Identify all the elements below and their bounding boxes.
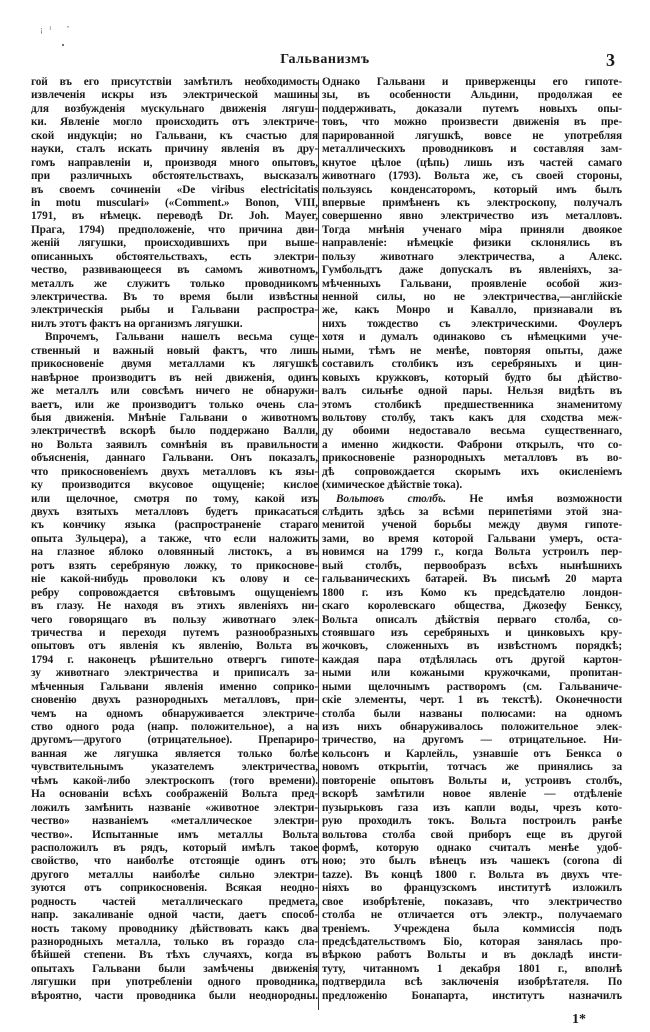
text-line: чество» названіемъ «металлическое электр… (31, 815, 318, 828)
scan-artifact-dot (62, 44, 64, 46)
text-line: мѣченныхъ Гальвани, проявленіе особой жи… (322, 278, 622, 291)
text-line: ніяхъ во французскомъ институтѣ изложилъ (322, 882, 622, 895)
text-line: ными, тѣмъ не менѣе, повторяя опыты, даж… (322, 345, 622, 358)
text-line: сновенію двухъ разнородныхъ металловъ, п… (31, 694, 318, 707)
text-line: въ своемъ сочиненіи «De viribus electric… (31, 184, 318, 197)
text-line: электрическія рыбы и Гальвани распростра… (31, 304, 318, 317)
text-line: опыта Зульцера), а также, что если налож… (31, 533, 318, 546)
text-line: женій лягушки, происходившихъ при выше- (31, 237, 318, 250)
text-line: ребру сопровождается свѣтовымъ ощущеніем… (31, 587, 318, 600)
text-line: ванная же лягушка является только болѣе (31, 748, 318, 761)
text-line: изъ нихъ обнаруживалось положительное эл… (322, 721, 622, 734)
text-line: навѣрное производитъ въ ней движенія, од… (31, 372, 318, 385)
text-line: чувствительнымъ указателемъ электричеств… (31, 761, 318, 774)
text-line: повтореніе опытовъ Вольты и, устроивъ ст… (322, 775, 622, 788)
text-line: зами, во время которой Гальвани умеръ, о… (322, 533, 622, 546)
text-line: ку производится вкусовое ощущеніе; кисло… (31, 479, 318, 492)
text-line: этомъ столбикѣ предшественника знаменито… (322, 399, 622, 412)
text-line: или щелочное, смотря по тому, какой изъ (31, 493, 318, 506)
text-line: ковыхъ кружковъ, который будто бы дѣйств… (322, 372, 622, 385)
text-line: бѣйшей степени. Въ тѣхъ случаяхъ, когда … (31, 949, 318, 962)
text-line: слѣдить здѣсь за всѣми перипетіями этой … (322, 506, 622, 519)
text-line: Впрочемъ, Гальвани нашелъ весьма суще- (31, 331, 318, 344)
text-line: тричества и переходя путемъ разнообразны… (31, 627, 318, 640)
text-line: нилъ этотъ фактъ на организмъ лягушки. (31, 318, 318, 331)
text-line: пузырьковъ газа изъ капли воды, чрезъ ко… (322, 802, 622, 815)
text-line: ской индукціи; но Гальвани, къ счастью д… (31, 130, 318, 143)
text-line: валъ сильнѣе одной пары. Нельзя видѣть в… (322, 385, 622, 398)
text-line: разнородныхъ металла, только въ гораздо … (31, 936, 318, 949)
text-line: Вольтовъ столбъ. Не имѣя возможности (322, 493, 622, 506)
text-line: напр. закаливаніе одной части, даетъ спо… (31, 909, 318, 922)
text-line: электричествѣ вскорѣ было поддержано Вал… (31, 425, 318, 438)
text-line: быя движенія. Мнѣніе Гальвани о животном… (31, 412, 318, 425)
text-line: ду обоими недоставало весьма существенна… (322, 425, 622, 438)
text-line: къ кончику языка (распространеніе стараг… (31, 519, 318, 532)
text-line: ніе какой-нибудь проволоки къ олову и се… (31, 573, 318, 586)
text-line: прикосновеніе разнородныхъ металловъ въ … (322, 452, 622, 465)
text-line: родность частей металлическаго предмета, (31, 896, 318, 909)
text-line: предложенію Бонапарта, институтъ назначи… (322, 990, 622, 1003)
text-line: ки. Явленіе могло происходить отъ электр… (31, 116, 318, 129)
column-divider-rule (318, 80, 319, 1010)
text-line: новомъ открытіи, тотчасъ же принялись за (322, 761, 622, 774)
text-line: подтвердила всѣ заключенія изобрѣтателя.… (322, 976, 622, 989)
text-line: ными щелочнымъ растворомъ (см. Гальванич… (322, 681, 622, 694)
text-line: свое изобрѣтеніе, показавъ, что электрич… (322, 896, 622, 909)
text-line: чемъ на одномъ обнаруживается электриче- (31, 708, 318, 721)
text-line: вскорѣ замѣтили новое явленіе — отдѣлені… (322, 788, 622, 801)
text-line: Однако Гальвани и приверженцы его гипоте… (322, 76, 622, 89)
text-line: электричества. Въ то время были извѣстны (31, 291, 318, 304)
text-line: Тогда мнѣнія ученаго міра приняли двояко… (322, 224, 622, 237)
text-line: гальваническихъ батарей. Въ письмѣ 20 ма… (322, 573, 622, 586)
right-text-column: Однако Гальвани и приверженцы его гипоте… (322, 76, 622, 1003)
text-line: 1794 г. наконецъ рѣшительно отвергъ гипо… (31, 654, 318, 667)
text-line: новимся на 1799 г., когда Вольта устроил… (322, 546, 622, 559)
text-line: предсѣдательствомъ Біо, которая занялась… (322, 936, 622, 949)
text-line: вольтова столба свой приборъ еще въ друг… (322, 829, 622, 842)
text-line: металлъ же служитъ только проводникомъ (31, 278, 318, 291)
text-line: на глазное яблоко оловянный листокъ, а в… (31, 546, 318, 559)
text-line: треніемъ. Учреждена была коммиссія подъ (322, 923, 622, 936)
text-line: дѣ сопровождается скорымъ ихъ окисленіем… (322, 466, 622, 479)
text-line: впервые примѣненъ къ электроскопу, получ… (322, 197, 622, 210)
section-heading-voltaic-pile: Вольтовъ столбъ. (336, 493, 446, 505)
text-line: формѣ, которую однако считалъ менѣе удоб… (322, 842, 622, 855)
text-line: стоявшаго изъ серебряныхъ и цинковыхъ кр… (322, 627, 622, 640)
text-line: парированной лягушкѣ, вовсе не употребля… (322, 130, 622, 143)
text-line: вѣроятно, части проводника были неодноро… (31, 990, 318, 1003)
text-line: для возбужденія мускульнаго движенія ляг… (31, 103, 318, 116)
text-line: тричество, на другомъ — отрицательное. Н… (322, 734, 622, 747)
text-line: свойство, что наиболѣе отстоящіе одинъ о… (31, 855, 318, 868)
text-line: опытахъ Гальвани были замѣчены движенія (31, 963, 318, 976)
text-line: скаго королевскаго общества, Джозефу Бен… (322, 600, 622, 613)
text-line: На основаніи всѣхъ соображеній Вольта пр… (31, 788, 318, 801)
running-head-title: Гальванизмъ (0, 52, 650, 68)
text-line: объясненія, даннаго Гальвани. Онъ показа… (31, 452, 318, 465)
text-line: 1800 г. изъ Комо къ предсѣдателю лондон- (322, 587, 622, 600)
text-line: ваетъ, или же производитъ только очень с… (31, 399, 318, 412)
text-line: 1791, въ нѣмецк. переводѣ Dr. Joh. Mayer… (31, 210, 318, 223)
text-line: ство одного рода (напр. положительное), … (31, 721, 318, 734)
text-line: ною; это былъ вѣнецъ изъ чашекъ (corona … (322, 855, 622, 868)
text-line: tazze). Въ концѣ 1800 г. Вольта въ двухъ… (322, 869, 622, 882)
text-line: ненной силы, но не электричества,—англій… (322, 291, 622, 304)
text-line: менитой ученой борьбы между двумя гипоте… (322, 519, 622, 532)
page-number: 3 (606, 50, 615, 71)
text-line: извлеченія искры изъ электрической машин… (31, 89, 318, 102)
printer-signature-mark: 1* (572, 1012, 586, 1028)
text-line: Вольта описалъ дѣйствія перваго столба, … (322, 614, 622, 627)
text-line: а именно жидкости. Фаброни открылъ, что … (322, 439, 622, 452)
text-line: зу животнаго электричества и приписалъ з… (31, 667, 318, 680)
text-line: металлическихъ проводниковъ и составляя … (322, 143, 622, 156)
text-line: in motu musculari» («Comment.» Bonon, VI… (31, 197, 318, 210)
scan-artifact-marks: ¡¹ ˝ (40, 26, 75, 34)
text-line: чество». Испытанные имъ металлы Вольта (31, 829, 318, 842)
text-line: пользу животнаго электричества, а Алекс. (322, 251, 622, 264)
text-line: животнаго (1793). Вольта же, съ своей ст… (322, 170, 622, 183)
text-line: чего говорящаго въ пользу животнаго элек… (31, 614, 318, 627)
text-line: двухъ взятыхъ металловъ будетъ прикасать… (31, 506, 318, 519)
text-line: вый столбъ, первообразъ всѣхъ нынѣшнихъ (322, 560, 622, 573)
text-line: товъ, что можно произвести движенія въ п… (322, 116, 622, 129)
text-line: кнутое цѣлое (цѣпь) лишь изъ частей сама… (322, 157, 622, 170)
text-line: мѣченныя Гальвани явленія именно соприко… (31, 681, 318, 694)
text-line: каждая пара отдѣлялась отъ другой картон… (322, 654, 622, 667)
text-line: опытовъ отъ явленія къ явленію, Вольта в… (31, 640, 318, 653)
text-line: же, какъ Монро и Кавалло, признавали въ (322, 304, 622, 317)
text-line: Прага, 1794) предположеніе, что причина … (31, 224, 318, 237)
text-line: столба не отличается отъ электр., получа… (322, 909, 622, 922)
text-line: зы, въ особенности Альдини, продолжая ее (322, 89, 622, 102)
text-line: направленіе: нѣмецкіе физики склонялись … (322, 237, 622, 250)
text-line: лягушки при употребленіи одного проводни… (31, 976, 318, 989)
text-line: совершенно явно электричество изъ металл… (322, 210, 622, 223)
left-text-column: гой въ его присутствіи замѣтилъ необходи… (31, 76, 318, 1003)
text-line: вольтову столбу, такъ какъ для сходства … (322, 412, 622, 425)
text-line: ротъ взять серебряную ложку, то прикосно… (31, 560, 318, 573)
text-line: составилъ столбикъ изъ серебряныхъ и цин… (322, 358, 622, 371)
text-line: скіе элементы, черт. 1 въ текстѣ). Оконе… (322, 694, 622, 707)
text-line: рую проходилъ токъ. Вольта построилъ ран… (322, 815, 622, 828)
text-line: при различныхъ обстоятельствахъ, высказа… (31, 170, 318, 183)
text-line: столба были названы полюсами: на одномъ (322, 708, 622, 721)
text-line: науки, сталъ искать причину явленія въ д… (31, 143, 318, 156)
text-line: описанныхъ обстоятельствахъ, есть электр… (31, 251, 318, 264)
text-line: (химическое дѣйствіе тока). (322, 479, 622, 492)
text-line: поддерживать, доказали путемъ новыхъ опы… (322, 103, 622, 116)
text-line: въ глазу. Не находя въ этихъ явленіяхъ н… (31, 600, 318, 613)
text-line: ными или кожаными кружочками, пропитан- (322, 667, 622, 680)
text-line: чество, развивающееся въ самомъ животном… (31, 264, 318, 277)
text-line: кольсонъ и Карлейль, узнавшіе отъ Бенкса… (322, 748, 622, 761)
text-line: что прикосновеніемъ двухъ металловъ къ я… (31, 466, 318, 479)
text-line: жочковъ, сложенныхъ въ извѣстномъ порядк… (322, 640, 622, 653)
text-line: зуются отъ соприкосновенія. Всякая неодн… (31, 882, 318, 895)
text-line: ложилъ замѣнить названіе «животное элект… (31, 802, 318, 815)
text-line: Гумбольдтъ даже допускалъ въ явленіяхъ, … (322, 264, 622, 277)
text-line: другомъ—другого (отрицательное). Препари… (31, 734, 318, 747)
text-line: пользуясь конденсаторомъ, который имъ бы… (322, 184, 622, 197)
text-line: гомъ направленіи и, производя много опыт… (31, 157, 318, 170)
text-line: прикосновеніе двумя металлами къ лягушкѣ (31, 358, 318, 371)
text-line: туту, читанномъ 1 декабря 1801 г., вполн… (322, 963, 622, 976)
text-line: вѣркою работъ Вольты и въ докладѣ инсти- (322, 949, 622, 962)
text-line: гой въ его присутствіи замѣтилъ необходи… (31, 76, 318, 89)
text-line: ственный и важный новый фактъ, что лишь (31, 345, 318, 358)
text-line: другого металлы наиболѣе сильно электри- (31, 869, 318, 882)
text-line: расположилъ въ рядъ, который имѣлъ такое (31, 842, 318, 855)
text-line: нихъ тождество съ электрическими. Фоулер… (322, 318, 622, 331)
text-line: хотя и думалъ одинаково съ нѣмецкими уче… (322, 331, 622, 344)
text-line: но Вольта заявилъ сомнѣнія въ правильнос… (31, 439, 318, 452)
text-line: ность такому проводнику дѣйствовать какъ… (31, 923, 318, 936)
text-line: чѣмъ какой-либо электроскопъ (того време… (31, 775, 318, 788)
text-line: же металлъ или совсѣмъ ничего не обнаруж… (31, 385, 318, 398)
